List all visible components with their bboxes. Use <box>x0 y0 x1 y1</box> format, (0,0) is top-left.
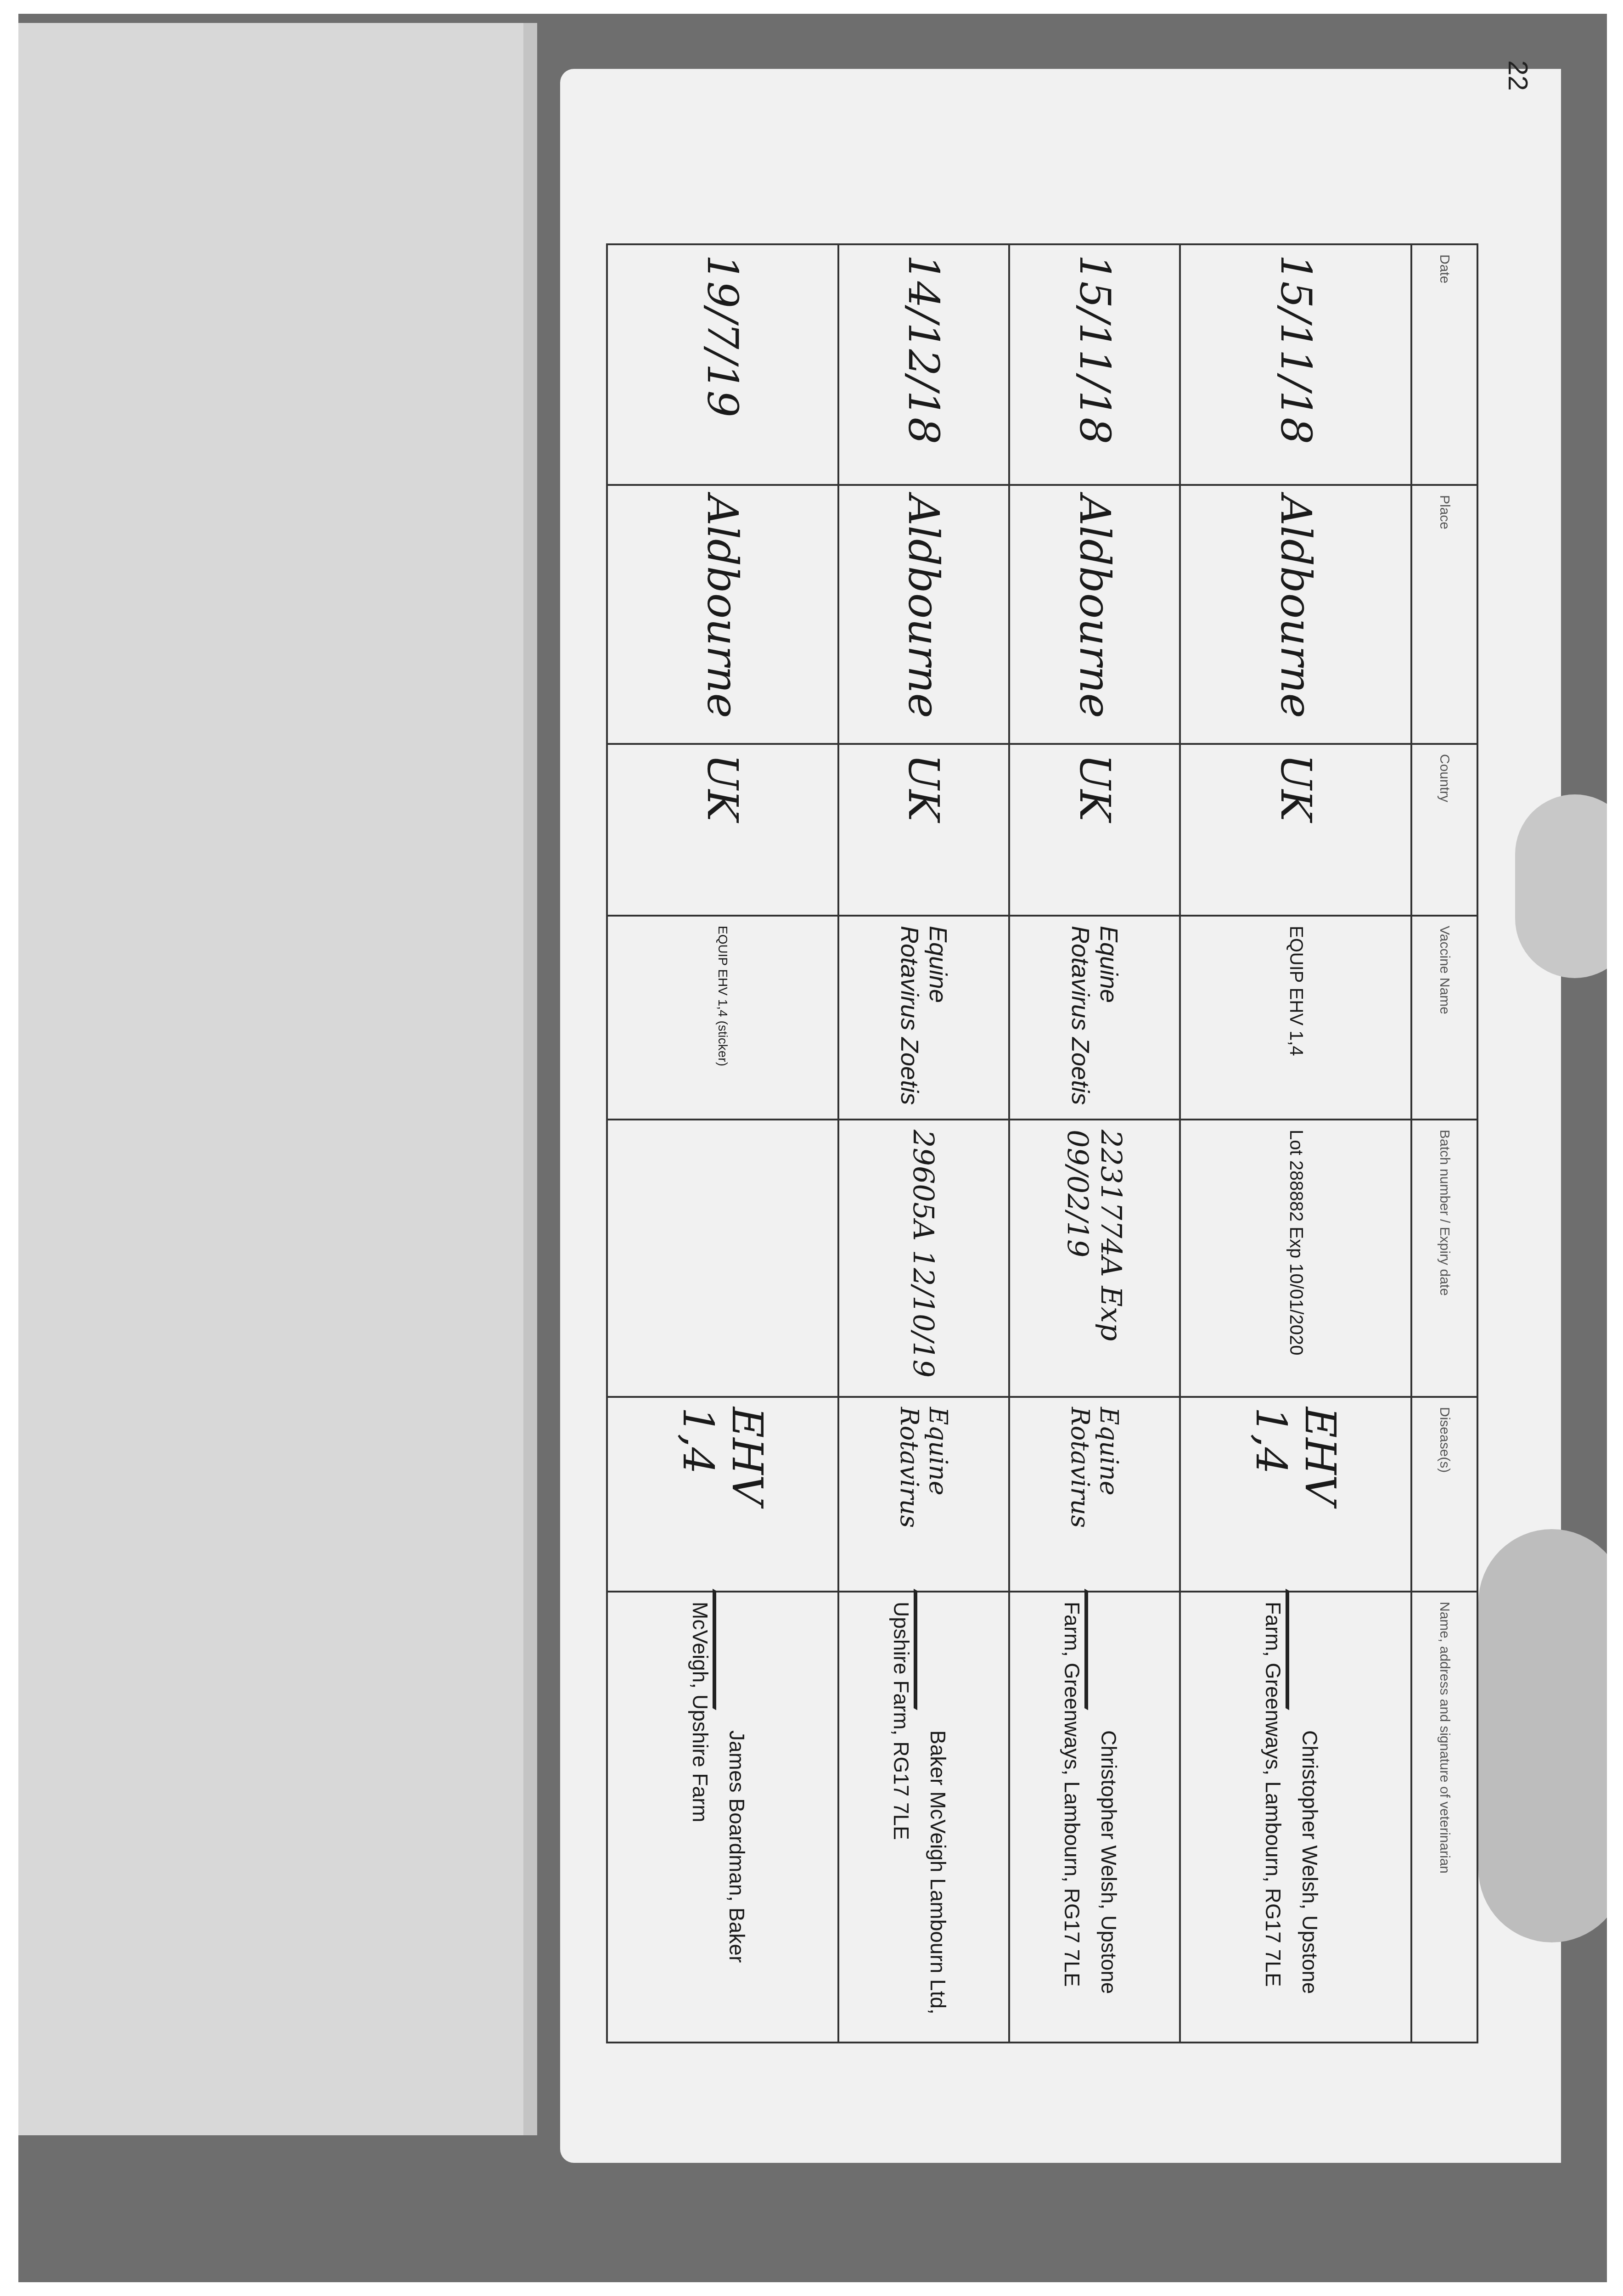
table-row: 15/11/18 Aldbourne UK EQUIP EHV 1,4 Lot … <box>1180 244 1411 2043</box>
cell-country: UK <box>838 744 1009 916</box>
cell-vaccine: EQUIP EHV 1,4 (sticker) <box>607 916 838 1120</box>
col-batch: Batch number / Expiry date <box>1411 1120 1477 1397</box>
cell-disease: Equine Rotavirus <box>1009 1397 1180 1592</box>
signature-icon <box>1286 1589 1331 1734</box>
cell-batch: 29605A 12/10/19 <box>838 1120 1009 1397</box>
cell-date: 15/11/18 <box>1009 244 1180 485</box>
vaccination-table: Date Place Country Vaccine Name Batch nu… <box>606 243 1478 2043</box>
table-row: 14/12/18 Aldbourne UK Equine Rotavirus Z… <box>838 244 1009 2043</box>
cell-disease: EHV 1,4 <box>607 1397 838 1592</box>
cell-country: UK <box>1009 744 1180 916</box>
col-vet: Name, address and signature of veterinar… <box>1411 1592 1477 2043</box>
thumb <box>1515 794 1607 978</box>
signature-icon <box>1084 1589 1129 1734</box>
hand <box>1478 1529 1607 1942</box>
cell-country: UK <box>1180 744 1411 916</box>
col-disease: Disease(s) <box>1411 1397 1477 1592</box>
page-number: 22 <box>1502 60 1534 91</box>
cell-batch: Lot 288882 Exp 10/01/2020 <box>1180 1120 1411 1397</box>
cell-vaccine: Equine Rotavirus Zoetis <box>838 916 1009 1120</box>
signature-icon <box>914 1589 959 1734</box>
cell-date: 15/11/18 <box>1180 244 1411 485</box>
document-photo: 22 Date Place Country Vaccine Name Batch… <box>18 14 1607 2282</box>
cell-vaccine: EQUIP EHV 1,4 <box>1180 916 1411 1120</box>
vaccination-page: 22 Date Place Country Vaccine Name Batch… <box>560 69 1561 2163</box>
cell-vet: Baker McVeigh Lambourn Ltd, Upshire Farm… <box>838 1592 1009 2043</box>
col-place: Place <box>1411 485 1477 744</box>
cell-date: 14/12/18 <box>838 244 1009 485</box>
cell-disease: EHV 1,4 <box>1180 1397 1411 1592</box>
cell-date: 19/7/19 <box>607 244 838 485</box>
cell-place: Aldbourne <box>1180 485 1411 744</box>
cell-vet: Christopher Welsh, Upstone Farm, Greenwa… <box>1009 1592 1180 2043</box>
cell-place: Aldbourne <box>838 485 1009 744</box>
cell-vet: Christopher Welsh, Upstone Farm, Greenwa… <box>1180 1592 1411 2043</box>
signature-icon <box>713 1589 758 1734</box>
table-header: Date Place Country Vaccine Name Batch nu… <box>1411 244 1477 2043</box>
cell-batch: 2231774A Exp 09/02/19 <box>1009 1120 1180 1397</box>
cell-disease: Equine Rotavirus <box>838 1397 1009 1592</box>
table-row: 19/7/19 Aldbourne UK EQUIP EHV 1,4 (stic… <box>607 244 838 2043</box>
col-country: Country <box>1411 744 1477 916</box>
col-date: Date <box>1411 244 1477 485</box>
cell-country: UK <box>607 744 838 916</box>
cell-place: Aldbourne <box>607 485 838 744</box>
cell-vaccine: Equine Rotavirus Zoetis <box>1009 916 1180 1120</box>
col-vaccine-name: Vaccine Name <box>1411 916 1477 1120</box>
cell-batch <box>607 1120 838 1397</box>
cell-vet: James Boardman, Baker McVeigh, Upshire F… <box>607 1592 838 2043</box>
table-row: 15/11/18 Aldbourne UK Equine Rotavirus Z… <box>1009 244 1180 2043</box>
cell-place: Aldbourne <box>1009 485 1180 744</box>
left-page <box>18 23 537 2135</box>
